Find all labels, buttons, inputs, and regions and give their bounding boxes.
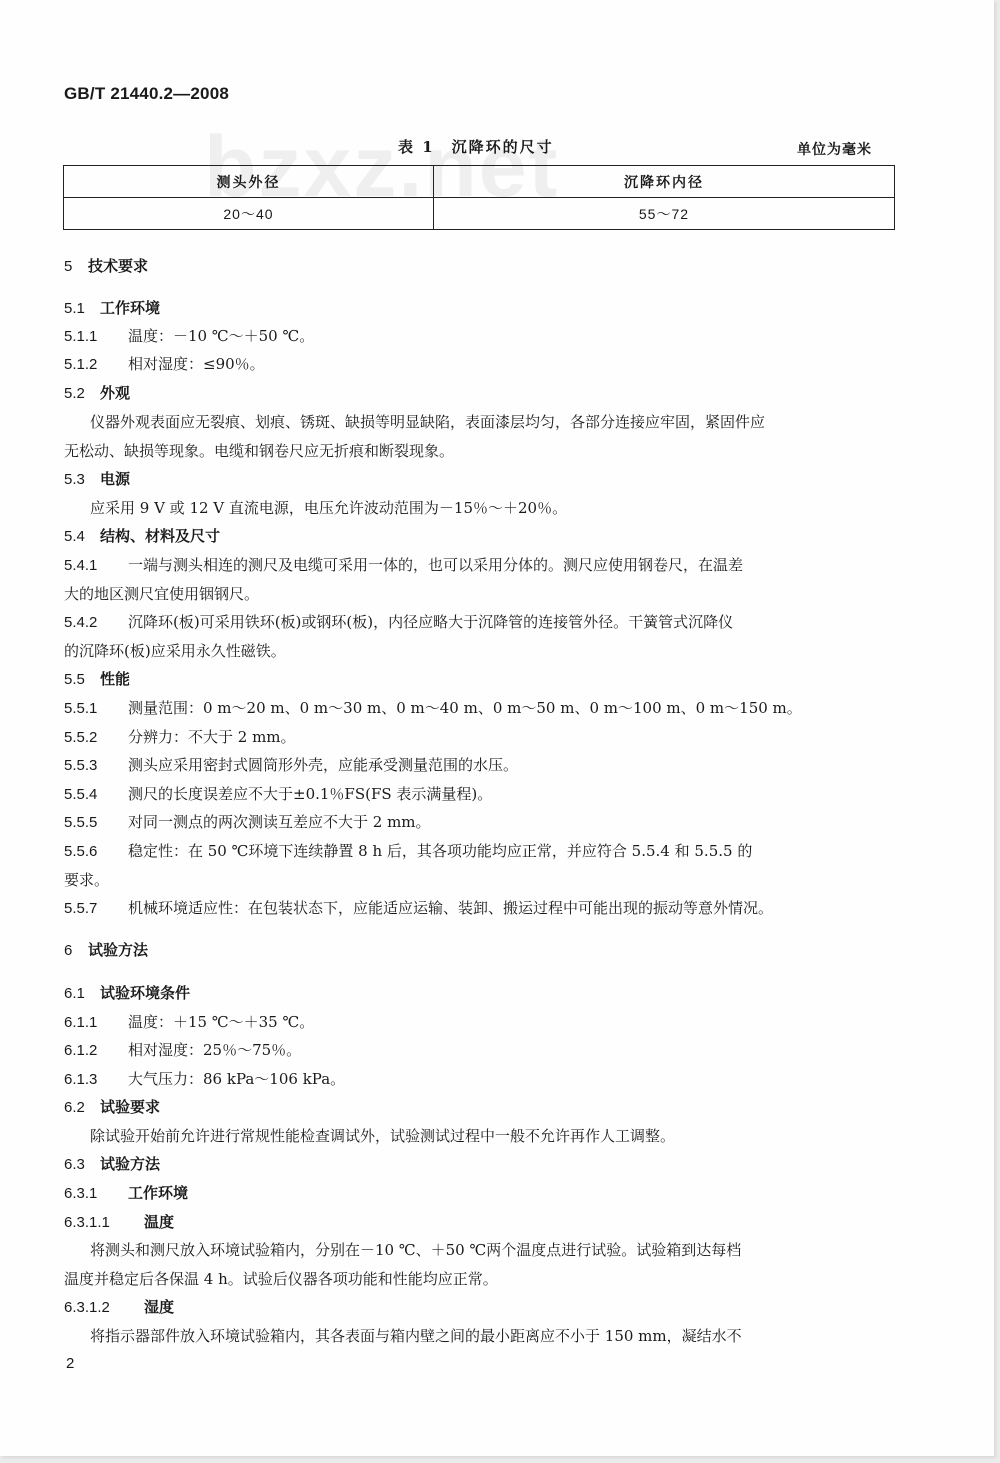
clause-5-4: 5.4结构、材料及尺寸 bbox=[64, 526, 220, 547]
paragraph-line: 将测头和测尺放入环境试验箱内，分别在－10 ℃、＋50 ℃两个温度点进行试验。试… bbox=[90, 1240, 741, 1260]
paragraph-line: 除试验开始前允许进行常规性能检查调试外，试验测试过程中一般不允许再作人工调整。 bbox=[90, 1126, 675, 1146]
page-number: 2 bbox=[66, 1355, 74, 1372]
clause-6-3-1: 6.3.1工作环境 bbox=[64, 1183, 188, 1204]
clause-number: 5 bbox=[64, 257, 88, 277]
table-header-row: 测头外径 沉降环内径 bbox=[64, 166, 895, 198]
clause-text: 分辨力：不大于 2 mm。 bbox=[128, 728, 296, 746]
clause-text: 相对湿度：25％～75％。 bbox=[128, 1041, 301, 1059]
clause-number: 5.5.3 bbox=[64, 756, 128, 776]
settlement-ring-dimension-table: 测头外径 沉降环内径 20～40 55～72 bbox=[63, 165, 895, 230]
clause-text: 对同一测点的两次测读互差应不大于 2 mm。 bbox=[128, 813, 431, 831]
clause-number: 5.1 bbox=[64, 299, 100, 319]
clause-5-4-2: 5.4.2沉降环(板)可采用铁环(板)或钢环(板)，内径应略大于沉降管的连接管外… bbox=[64, 612, 733, 633]
clause-text: 结构、材料及尺寸 bbox=[100, 527, 220, 545]
clause-text: 将指示器部件放入环境试验箱内，其各表面与箱内壁之间的最小距离应不小于 150 m… bbox=[90, 1327, 742, 1345]
clause-number: 6.1 bbox=[64, 984, 100, 1004]
clause-text: 工作环境 bbox=[128, 1184, 188, 1202]
clause-5-4-1: 5.4.1一端与测头相连的测尺及电缆可采用一体的，也可以采用分体的。测尺应使用钢… bbox=[64, 555, 743, 576]
clause-number: 5.5.1 bbox=[64, 699, 128, 719]
paragraph-line: 将指示器部件放入环境试验箱内，其各表面与箱内壁之间的最小距离应不小于 150 m… bbox=[90, 1326, 742, 1346]
clause-text: 相对湿度：≤90％。 bbox=[128, 355, 265, 373]
clause-5-5-5: 5.5.5对同一测点的两次测读互差应不大于 2 mm。 bbox=[64, 812, 431, 833]
clause-6-1-1: 6.1.1温度：＋15 ℃～＋35 ℃。 bbox=[64, 1012, 314, 1033]
clause-5-1-1: 5.1.1温度：－10 ℃～＋50 ℃。 bbox=[64, 326, 314, 347]
paragraph-line: 大的地区测尺宜使用铟钢尺。 bbox=[64, 584, 259, 604]
clause-text: 大气压力：86 kPa～106 kPa。 bbox=[128, 1070, 345, 1088]
clause-text: 沉降环(板)可采用铁环(板)或钢环(板)，内径应略大于沉降管的连接管外径。干簧管… bbox=[128, 613, 733, 631]
paragraph-line: 无松动、缺损等现象。电缆和钢卷尺应无折痕和断裂现象。 bbox=[64, 441, 454, 461]
clause-5-5-7: 5.5.7机械环境适应性：在包装状态下，应能适应运输、装卸、搬运过程中可能出现的… bbox=[64, 898, 773, 919]
clause-number: 5.1.1 bbox=[64, 327, 128, 347]
clause-number: 5.2 bbox=[64, 384, 100, 404]
clause-5-5-2: 5.5.2分辨力：不大于 2 mm。 bbox=[64, 727, 296, 748]
clause-text: 温度 bbox=[144, 1213, 174, 1231]
clause-number: 6.1.1 bbox=[64, 1013, 128, 1033]
column-header-ring-inner-diameter: 沉降环内径 bbox=[433, 166, 894, 198]
clause-number: 6 bbox=[64, 941, 88, 961]
clause-text: 试验环境条件 bbox=[100, 984, 190, 1002]
clause-text: 除试验开始前允许进行常规性能检查调试外，试验测试过程中一般不允许再作人工调整。 bbox=[90, 1127, 675, 1145]
clause-text: 工作环境 bbox=[100, 299, 160, 317]
paragraph-line: 的沉降环(板)应采用永久性磁铁。 bbox=[64, 641, 286, 661]
cell-ring-inner-diameter: 55～72 bbox=[433, 198, 894, 230]
clause-6-3-1-2: 6.3.1.2湿度 bbox=[64, 1297, 174, 1318]
clause-number: 5.5.4 bbox=[64, 785, 128, 805]
clause-6-3: 6.3试验方法 bbox=[64, 1154, 160, 1175]
clause-number: 5.5.2 bbox=[64, 728, 128, 748]
clause-text: 技术要求 bbox=[88, 257, 148, 275]
paragraph-line: 仪器外观表面应无裂痕、划痕、锈斑、缺损等明显缺陷，表面漆层均匀，各部分连接应牢固… bbox=[90, 412, 765, 432]
clause-text: 湿度 bbox=[144, 1298, 174, 1316]
clause-6-1-3: 6.1.3大气压力：86 kPa～106 kPa。 bbox=[64, 1069, 345, 1090]
clause-5-2: 5.2外观 bbox=[64, 383, 130, 404]
standard-code-header: GB/T 21440.2—2008 bbox=[64, 84, 229, 104]
table-row: 20～40 55～72 bbox=[64, 198, 895, 230]
clause-number: 5.5.5 bbox=[64, 813, 128, 833]
clause-text: 稳定性：在 50 ℃环境下连续静置 8 h 后，其各项功能均应正常，并应符合 5… bbox=[128, 842, 752, 860]
clause-text: 无松动、缺损等现象。电缆和钢卷尺应无折痕和断裂现象。 bbox=[64, 442, 454, 460]
paragraph-line: 要求。 bbox=[64, 870, 109, 890]
clause-5-3: 5.3电源 bbox=[64, 469, 130, 490]
clause-text: 一端与测头相连的测尺及电缆可采用一体的，也可以采用分体的。测尺应使用钢卷尺，在温… bbox=[128, 556, 743, 574]
clause-text: 大的地区测尺宜使用铟钢尺。 bbox=[64, 585, 259, 603]
clause-5-5: 5.5性能 bbox=[64, 669, 130, 690]
clause-text: 测头应采用密封式圆筒形外壳，应能承受测量范围的水压。 bbox=[128, 756, 518, 774]
cell-probe-outer-diameter: 20～40 bbox=[64, 198, 434, 230]
clause-number: 5.4 bbox=[64, 527, 100, 547]
column-header-probe-outer-diameter: 测头外径 bbox=[64, 166, 434, 198]
clause-number: 5.1.2 bbox=[64, 355, 128, 375]
clause-text: 机械环境适应性：在包装状态下，应能适应运输、装卸、搬运过程中可能出现的振动等意外… bbox=[128, 899, 773, 917]
clause-6-1: 6.1试验环境条件 bbox=[64, 983, 190, 1004]
clause-5: 5技术要求 bbox=[64, 256, 148, 277]
clause-number: 5.5 bbox=[64, 670, 100, 690]
clause-text: 要求。 bbox=[64, 871, 109, 889]
clause-number: 6.3.1.1 bbox=[64, 1213, 144, 1233]
clause-text: 的沉降环(板)应采用永久性磁铁。 bbox=[64, 642, 286, 660]
clause-5-1-2: 5.1.2相对湿度：≤90％。 bbox=[64, 354, 265, 375]
clause-text: 仪器外观表面应无裂痕、划痕、锈斑、缺损等明显缺陷，表面漆层均匀，各部分连接应牢固… bbox=[90, 413, 765, 431]
clause-5-5-4: 5.5.4测尺的长度误差应不大于±0.1％FS(FS 表示满量程)。 bbox=[64, 784, 492, 805]
clause-5-5-3: 5.5.3测头应采用密封式圆筒形外壳，应能承受测量范围的水压。 bbox=[64, 755, 518, 776]
clause-6-3-1-1: 6.3.1.1温度 bbox=[64, 1212, 174, 1233]
clause-text: 应采用 9 V 或 12 V 直流电源，电压允许波动范围为－15％～＋20％。 bbox=[90, 499, 567, 517]
clause-5-1: 5.1工作环境 bbox=[64, 298, 160, 319]
table-caption: 表 1 沉降环的尺寸 bbox=[398, 136, 554, 157]
clause-text: 电源 bbox=[100, 470, 130, 488]
clause-5-5-1: 5.5.1测量范围：0 m～20 m、0 m～30 m、0 m～40 m、0 m… bbox=[64, 698, 802, 719]
clause-number: 5.4.1 bbox=[64, 556, 128, 576]
clause-6-2: 6.2试验要求 bbox=[64, 1097, 160, 1118]
table-unit-note: 单位为毫米 bbox=[797, 139, 872, 159]
clause-text: 性能 bbox=[100, 670, 130, 688]
clause-text: 温度：＋15 ℃～＋35 ℃。 bbox=[128, 1013, 314, 1031]
clause-number: 5.5.6 bbox=[64, 842, 128, 862]
clause-text: 将测头和测尺放入环境试验箱内，分别在－10 ℃、＋50 ℃两个温度点进行试验。试… bbox=[90, 1241, 741, 1259]
clause-text: 外观 bbox=[100, 384, 130, 402]
clause-5-5-6: 5.5.6稳定性：在 50 ℃环境下连续静置 8 h 后，其各项功能均应正常，并… bbox=[64, 841, 752, 862]
document-page: bzxz.net GB/T 21440.2—2008 表 1 沉降环的尺寸 单位… bbox=[0, 0, 994, 1456]
clause-text: 温度：－10 ℃～＋50 ℃。 bbox=[128, 327, 314, 345]
clause-number: 5.5.7 bbox=[64, 899, 128, 919]
clause-6: 6试验方法 bbox=[64, 940, 148, 961]
clause-text: 温度并稳定后各保温 4 h。试验后仪器各项功能和性能均应正常。 bbox=[64, 1270, 498, 1288]
clause-text: 测尺的长度误差应不大于±0.1％FS(FS 表示满量程)。 bbox=[128, 785, 492, 803]
clause-text: 试验方法 bbox=[100, 1155, 160, 1173]
clause-number: 6.1.3 bbox=[64, 1070, 128, 1090]
clause-number: 6.3.1 bbox=[64, 1184, 128, 1204]
paragraph-line: 温度并稳定后各保温 4 h。试验后仪器各项功能和性能均应正常。 bbox=[64, 1269, 498, 1289]
clause-number: 6.2 bbox=[64, 1098, 100, 1118]
clause-number: 5.4.2 bbox=[64, 613, 128, 633]
clause-text: 测量范围：0 m～20 m、0 m～30 m、0 m～40 m、0 m～50 m… bbox=[128, 699, 802, 717]
clause-number: 5.3 bbox=[64, 470, 100, 490]
clause-6-1-2: 6.1.2相对湿度：25％～75％。 bbox=[64, 1040, 301, 1061]
clause-text: 试验要求 bbox=[100, 1098, 160, 1116]
clause-number: 6.3 bbox=[64, 1155, 100, 1175]
paragraph-line: 应采用 9 V 或 12 V 直流电源，电压允许波动范围为－15％～＋20％。 bbox=[90, 498, 567, 518]
clause-text: 试验方法 bbox=[88, 941, 148, 959]
clause-number: 6.3.1.2 bbox=[64, 1298, 144, 1318]
clause-number: 6.1.2 bbox=[64, 1041, 128, 1061]
